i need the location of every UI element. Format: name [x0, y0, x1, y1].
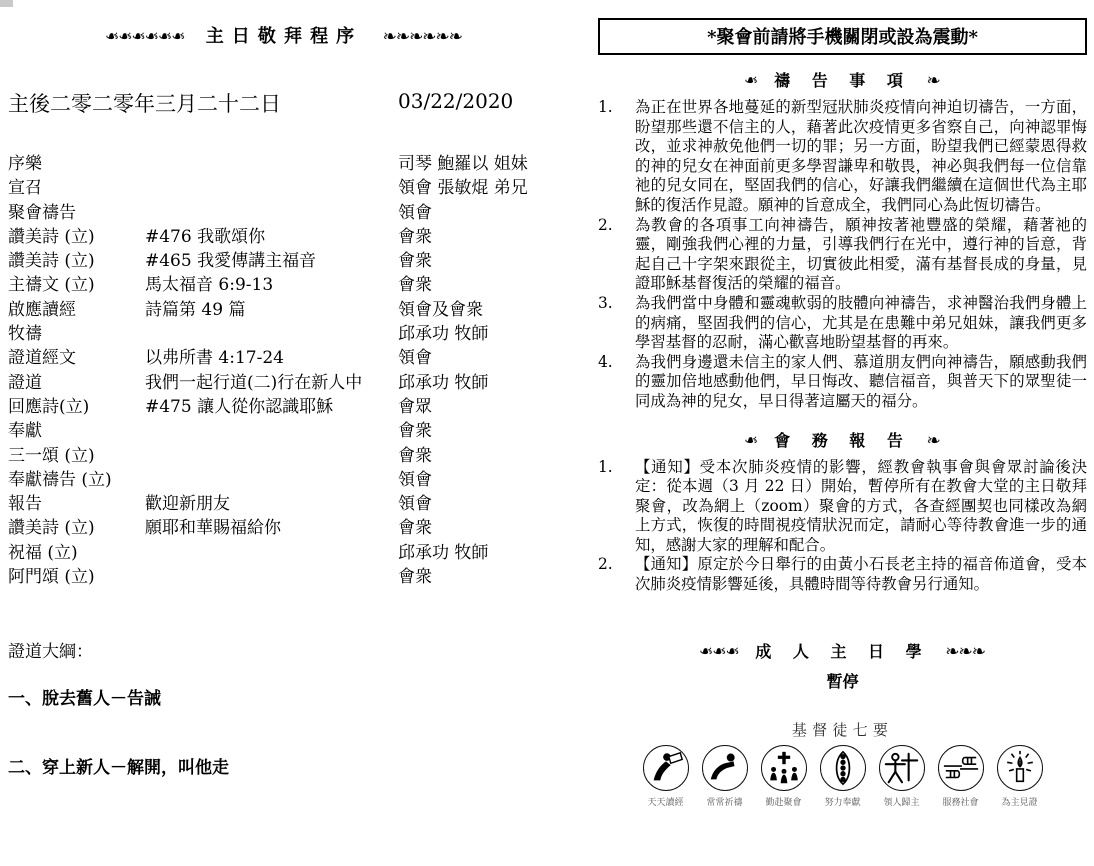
program-who: 邱承功 牧師 — [398, 541, 560, 565]
program-detail: #475 讓人從你認識耶穌 — [145, 395, 398, 419]
program-detail: 歡迎新朋友 — [145, 492, 398, 516]
prayer-item: 2.為教會的各項事工向神禱告，願神按著祂豐盛的榮耀，藉著祂的靈，剛強我們心裡的力… — [598, 216, 1087, 294]
program-row: 證道我們一起行道(二)行在新人中邱承功 牧師 — [8, 371, 560, 395]
seven-item: 為主見證 — [995, 745, 1045, 808]
program-who: 邱承功 牧師 — [398, 322, 560, 346]
program-detail: #476 我歌頌你 — [145, 225, 398, 249]
program-item: 牧禱 — [8, 322, 145, 346]
program-item: 宣召 — [8, 176, 145, 200]
sermon-outline-point-2: 二、穿上新人－解開，叫他走 — [8, 753, 560, 778]
announcement-heading-text: 會 務 報 告 — [774, 431, 911, 450]
program-row: 報告歡迎新朋友領會 — [8, 492, 560, 516]
prayer-section-heading: ❧ 禱 告 事 項 ❧ — [598, 68, 1087, 91]
prayer-item: 3.為我們當中身體和靈魂軟弱的肢體向神禱告，求神醫治我們身體上的病痛，堅固我們的… — [598, 294, 1087, 353]
seven-item-label: 常常祈禱 — [706, 795, 742, 808]
program-detail: 以弗所書 4:17-24 — [145, 346, 398, 370]
announcement-section-heading: ❧ 會 務 報 告 ❧ — [598, 428, 1087, 451]
bible-reading-icon — [643, 745, 689, 791]
announcement-item: 1.【通知】受本次肺炎疫情的影響，經教會執事會與會眾討論後決定：從本週（3 月 … — [598, 458, 1087, 556]
program-detail — [145, 152, 398, 176]
announcements-column: *聚會前請將手機關閉或設為震動* ❧ 禱 告 事 項 ❧ 1.為正在世界各地蔓延… — [598, 0, 1087, 808]
program-who: 會衆 — [398, 516, 560, 540]
prayer-item: 1.為正在世界各地蔓延的新型冠狀肺炎疫情向神迫切禱告，一方面，盼望那些還不信主的… — [598, 98, 1087, 216]
seven-essentials-heading: 基督徒七要 — [598, 719, 1087, 740]
program-item: 奉獻 — [8, 419, 145, 443]
program-detail: 願耶和華賜福給你 — [145, 516, 398, 540]
seven-essentials-row: 天天讀經 常常祈禱 — [598, 745, 1087, 808]
program-detail: 詩篇第 49 篇 — [145, 298, 398, 322]
program-row: 回應詩(立)#475 讓人從你認識耶穌會眾 — [8, 395, 560, 419]
program-row: 奉獻會衆 — [8, 419, 560, 443]
seven-item-label: 努力奉獻 — [824, 795, 860, 808]
program-detail — [145, 176, 398, 200]
program-item: 序樂 — [8, 152, 145, 176]
date-row: 主後二零二零年三月二十二日 03/22/2020 — [8, 88, 560, 118]
candle-icon — [997, 745, 1043, 791]
program-detail — [145, 201, 398, 225]
program-row: 牧禱邱承功 牧師 — [8, 322, 560, 346]
program-who: 領會 — [398, 492, 560, 516]
seven-item-label: 服務社會 — [942, 795, 978, 808]
program-item: 證道 — [8, 371, 145, 395]
item-number: 4. — [598, 353, 635, 412]
serving-hands-icon — [938, 745, 984, 791]
program-who: 邱承功 牧師 — [398, 371, 560, 395]
date-english: 03/22/2020 — [398, 89, 513, 113]
program-row: 聚會禱告領會 — [8, 201, 560, 225]
announcement-items-list: 1.【通知】受本次肺炎疫情的影響，經教會執事會與會眾討論後決定：從本週（3 月 … — [598, 458, 1087, 595]
prayer-item: 4.為我們身邊還未信主的家人們、慕道朋友們向神禱告，願感動我們的靈加倍地感動他們… — [598, 353, 1087, 412]
program-row: 讚美詩 (立)願耶和華賜福給你會衆 — [8, 516, 560, 540]
prayer-items-list: 1.為正在世界各地蔓延的新型冠狀肺炎疫情向神迫切禱告，一方面，盼望那些還不信主的… — [598, 98, 1087, 412]
sunday-school-status: 暫停 — [598, 669, 1087, 692]
seven-item: 常常祈禱 — [700, 745, 750, 808]
church-bulletin-page: ❧❧❧❧❧❧ 主日敬拜程序 ❧❧❧❧❧❧ 主後二零二零年三月二十二日 03/22… — [0, 0, 1094, 866]
evangelism-icon — [879, 745, 925, 791]
ornament-right: ❧❧❧ — [945, 642, 985, 662]
program-item: 證道經文 — [8, 346, 145, 370]
date-chinese: 主後二零二零年三月二十二日 — [8, 92, 281, 116]
phone-notice-box: *聚會前請將手機關閉或設為震動* — [598, 18, 1087, 55]
program-who: 會眾 — [398, 395, 560, 419]
program-detail — [145, 541, 398, 565]
program-who: 會衆 — [398, 225, 560, 249]
ornament-right: ❧❧❧❧❧❧ — [383, 27, 462, 47]
congregation-icon — [761, 745, 807, 791]
program-row: 三一頌 (立)會衆 — [8, 444, 560, 468]
item-number: 1. — [598, 98, 635, 216]
program-row: 祝福 (立)邱承功 牧師 — [8, 541, 560, 565]
ornament-left: ❧ — [745, 71, 758, 91]
program-item: 讚美詩 (立) — [8, 225, 145, 249]
program-row: 奉獻禱告 (立)領會 — [8, 468, 560, 492]
seven-item: 服務社會 — [936, 745, 986, 808]
ornament-left: ❧❧❧❧❧❧ — [106, 27, 185, 47]
order-of-service: 序樂司琴 鮑羅以 姐妹 宣召領會 張敏焜 弟兄 聚會禱告領會 讚美詩 (立)#4… — [8, 152, 560, 589]
worship-program-column: ❧❧❧❧❧❧ 主日敬拜程序 ❧❧❧❧❧❧ 主後二零二零年三月二十二日 03/22… — [8, 0, 560, 778]
program-row: 主禱文 (立)馬太福音 6:9-13會衆 — [8, 273, 560, 297]
seven-item-label: 勤赴聚會 — [765, 795, 801, 808]
program-item: 三一頌 (立) — [8, 444, 145, 468]
program-item: 報告 — [8, 492, 145, 516]
seven-item: 天天讀經 — [641, 745, 691, 808]
item-text: 為我們身邊還未信主的家人們、慕道朋友們向神禱告，願感動我們的靈加倍地感動他們，早… — [635, 353, 1087, 412]
program-row: 讚美詩 (立)#476 我歌頌你會衆 — [8, 225, 560, 249]
program-detail — [145, 419, 398, 443]
program-detail — [145, 565, 398, 589]
program-row: 啟應讀經詩篇第 49 篇領會及會衆 — [8, 298, 560, 322]
item-number: 1. — [598, 458, 635, 556]
program-item: 主禱文 (立) — [8, 273, 145, 297]
program-item: 奉獻禱告 (立) — [8, 468, 145, 492]
program-who: 會衆 — [398, 249, 560, 273]
item-number: 3. — [598, 294, 635, 353]
program-who: 會衆 — [398, 444, 560, 468]
seven-item-label: 領人歸主 — [883, 795, 919, 808]
program-who: 會衆 — [398, 273, 560, 297]
item-number: 2. — [598, 555, 635, 594]
program-row: 阿門頌 (立)會衆 — [8, 565, 560, 589]
item-text: 【通知】原定於今日舉行的由黃小石長老主持的福音佈道會，受本次肺炎疫情影響延後，具… — [635, 555, 1087, 594]
offering-icon — [820, 745, 866, 791]
ornament-left: ❧❧❧ — [700, 642, 740, 662]
program-item: 祝福 (立) — [8, 541, 145, 565]
seven-item: 勤赴聚會 — [759, 745, 809, 808]
program-item: 讚美詩 (立) — [8, 249, 145, 273]
program-item: 讚美詩 (立) — [8, 516, 145, 540]
program-who: 會衆 — [398, 565, 560, 589]
sunday-school-heading: ❧❧❧ 成 人 主 日 學 ❧❧❧ — [598, 639, 1087, 662]
item-text: 為教會的各項事工向神禱告，願神按著祂豐盛的榮耀，藉著祂的靈，剛強我們心裡的力量，… — [635, 216, 1087, 294]
program-row: 讚美詩 (立)#465 我愛傳講主福音會衆 — [8, 249, 560, 273]
program-item: 啟應讀經 — [8, 298, 145, 322]
program-detail: #465 我愛傳講主福音 — [145, 249, 398, 273]
program-row: 序樂司琴 鮑羅以 姐妹 — [8, 152, 560, 176]
program-who: 領會及會衆 — [398, 298, 560, 322]
seven-item: 領人歸主 — [877, 745, 927, 808]
item-number: 2. — [598, 216, 635, 294]
prayer-heading-text: 禱 告 事 項 — [774, 71, 911, 90]
page-title: 主日敬拜程序 — [206, 26, 363, 47]
sermon-outline-heading: 證道大綱： — [8, 637, 560, 662]
seven-item-label: 天天讀經 — [647, 795, 683, 808]
program-who: 會衆 — [398, 419, 560, 443]
praying-icon — [702, 745, 748, 791]
program-who: 領會 — [398, 468, 560, 492]
program-detail — [145, 322, 398, 346]
program-row: 宣召領會 張敏焜 弟兄 — [8, 176, 560, 200]
program-who: 領會 — [398, 201, 560, 225]
program-row: 證道經文以弗所書 4:17-24領會 — [8, 346, 560, 370]
program-item: 回應詩(立) — [8, 395, 145, 419]
program-item: 阿門頌 (立) — [8, 565, 145, 589]
sermon-outline-point-1: 一、脫去舊人－告誡 — [8, 684, 560, 709]
ornament-right: ❧ — [926, 71, 939, 91]
ornament-right: ❧ — [926, 431, 939, 451]
announcement-item: 2.【通知】原定於今日舉行的由黃小石長老主持的福音佈道會，受本次肺炎疫情影響延後… — [598, 555, 1087, 594]
program-detail: 馬太福音 6:9-13 — [145, 273, 398, 297]
program-item: 聚會禱告 — [8, 201, 145, 225]
program-who: 領會 張敏焜 弟兄 — [398, 176, 560, 200]
item-text: 【通知】受本次肺炎疫情的影響，經教會執事會與會眾討論後決定：從本週（3 月 22… — [635, 458, 1087, 556]
program-title-row: ❧❧❧❧❧❧ 主日敬拜程序 ❧❧❧❧❧❧ — [8, 22, 560, 48]
sunday-school-heading-text: 成 人 主 日 學 — [755, 642, 929, 661]
program-who: 領會 — [398, 346, 560, 370]
program-detail: 我們一起行道(二)行在新人中 — [145, 371, 398, 395]
item-text: 為正在世界各地蔓延的新型冠狀肺炎疫情向神迫切禱告，一方面，盼望那些還不信主的人，… — [635, 98, 1087, 216]
program-detail — [145, 444, 398, 468]
program-who: 司琴 鮑羅以 姐妹 — [398, 152, 560, 176]
item-text: 為我們當中身體和靈魂軟弱的肢體向神禱告，求神醫治我們身體上的病痛，堅固我們的信心… — [635, 294, 1087, 353]
program-detail — [145, 468, 398, 492]
seven-item: 努力奉獻 — [818, 745, 868, 808]
seven-item-label: 為主見證 — [1001, 795, 1037, 808]
ornament-left: ❧ — [745, 431, 758, 451]
